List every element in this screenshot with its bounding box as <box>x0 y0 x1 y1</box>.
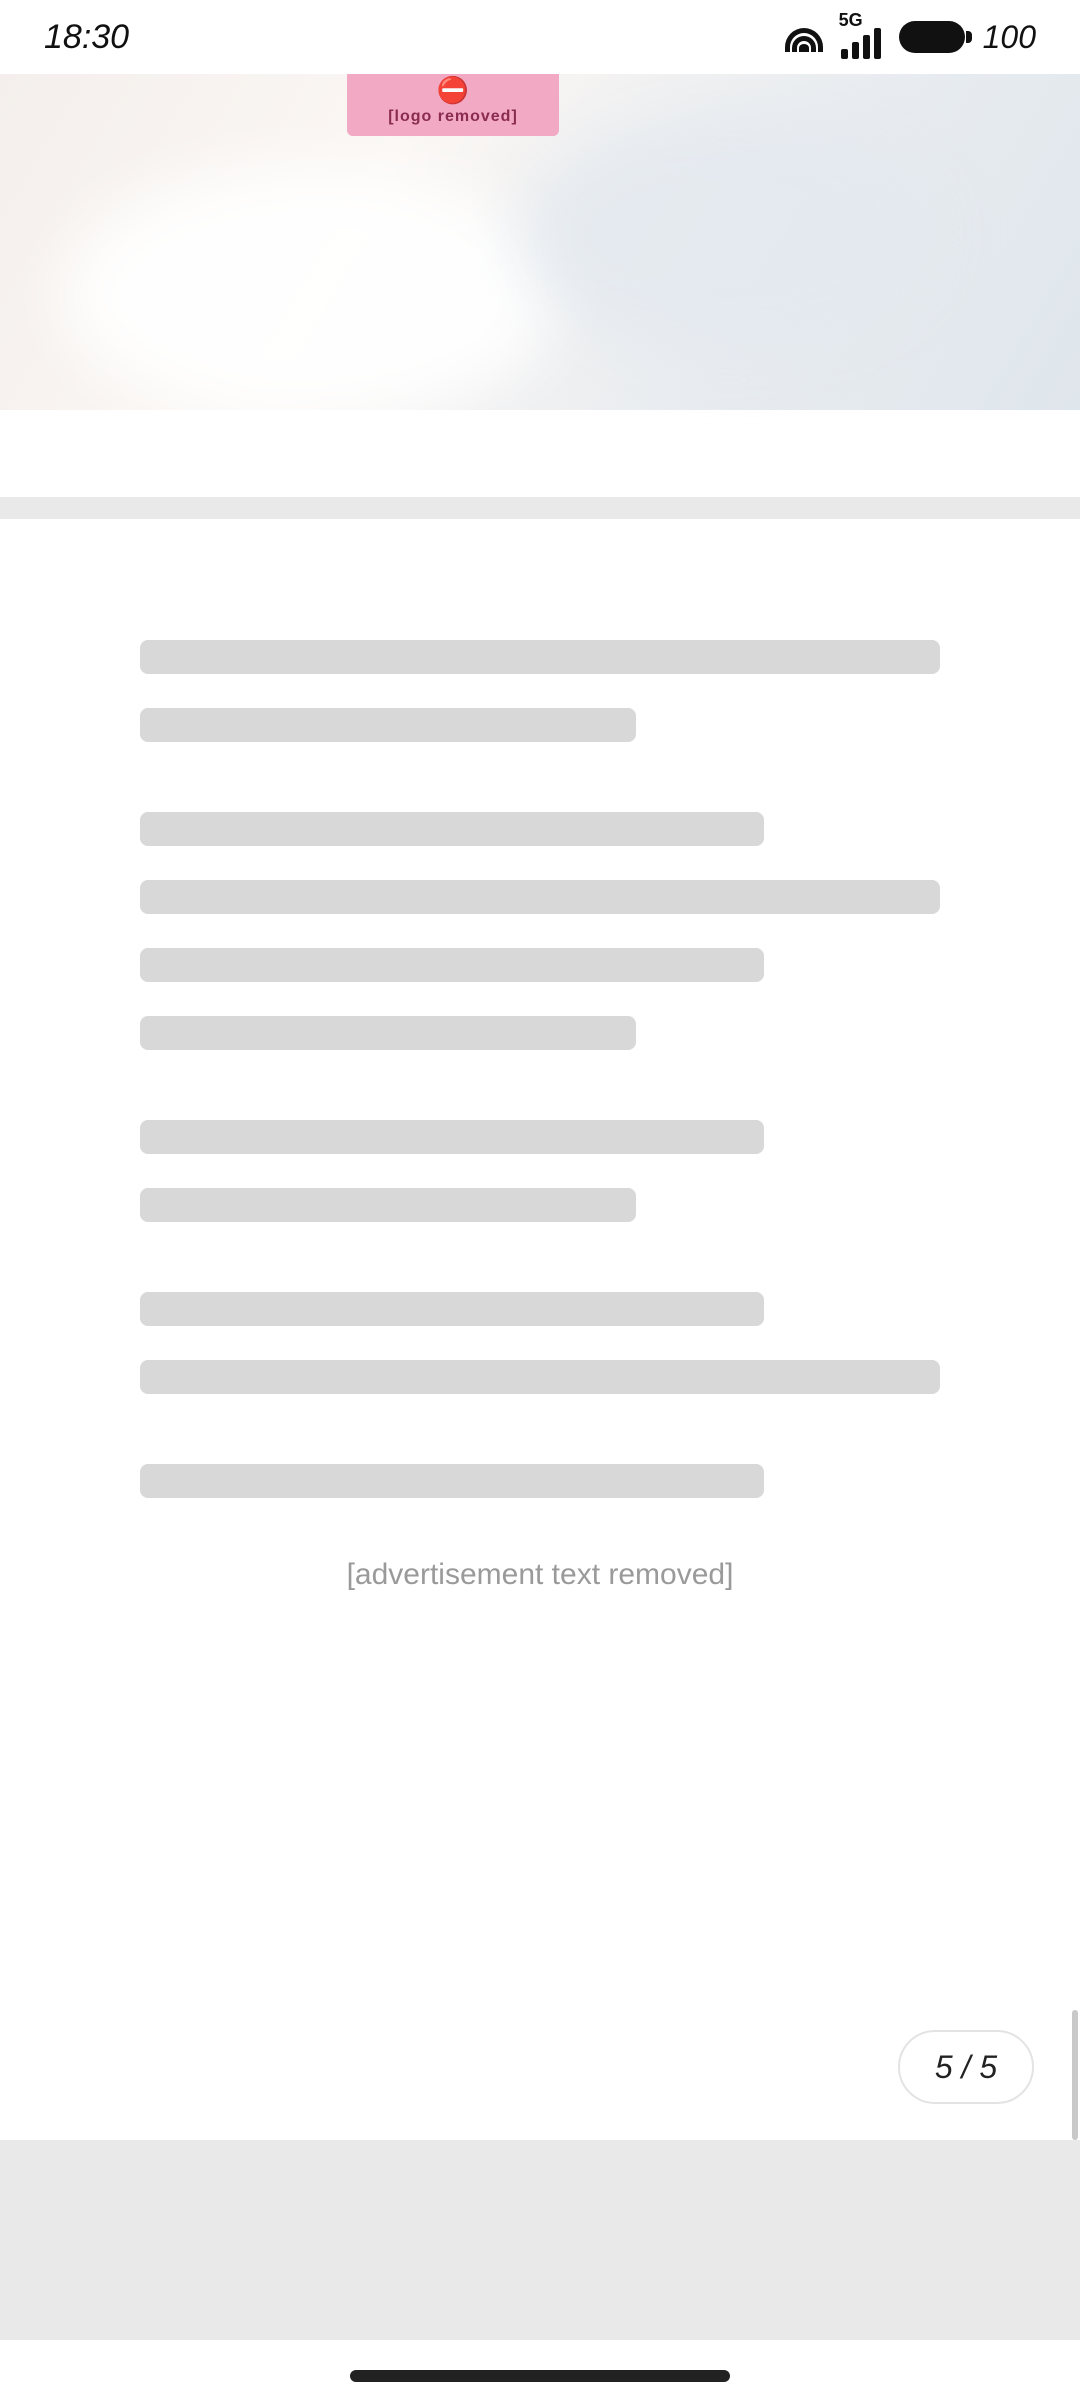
battery-icon <box>899 21 965 53</box>
footer-area <box>0 2140 1080 2340</box>
battery-percent: 100 <box>983 19 1036 56</box>
redaction-note: [advertisement text removed] <box>140 1558 940 1592</box>
watermark-label: [logo removed] <box>388 108 518 126</box>
status-icons: 5G 100 <box>785 16 1036 59</box>
wifi-icon <box>785 22 823 52</box>
home-indicator[interactable] <box>350 2370 730 2382</box>
network-type-label: 5G <box>839 10 863 31</box>
gesture-bar-area <box>0 2340 1080 2400</box>
status-bar: 18:30 5G 100 <box>0 0 1080 74</box>
page-content: [advertisement text removed] <box>0 560 1080 2100</box>
page-divider <box>0 497 1080 519</box>
watermark-figure-icon: ⛔ <box>437 75 469 106</box>
signal-strength-icon: 5G <box>841 16 881 59</box>
redacted-text-block: [advertisement text removed] <box>140 640 940 1592</box>
phone-screen: 18:30 5G 100 ⛔ [logo removed] <box>0 0 1080 2400</box>
page-indicator: 5 / 5 <box>898 2030 1034 2104</box>
clock: 18:30 <box>44 18 129 57</box>
watermark-logo-redacted: ⛔ [logo removed] <box>347 64 559 136</box>
scrollbar[interactable] <box>1072 2010 1078 2140</box>
